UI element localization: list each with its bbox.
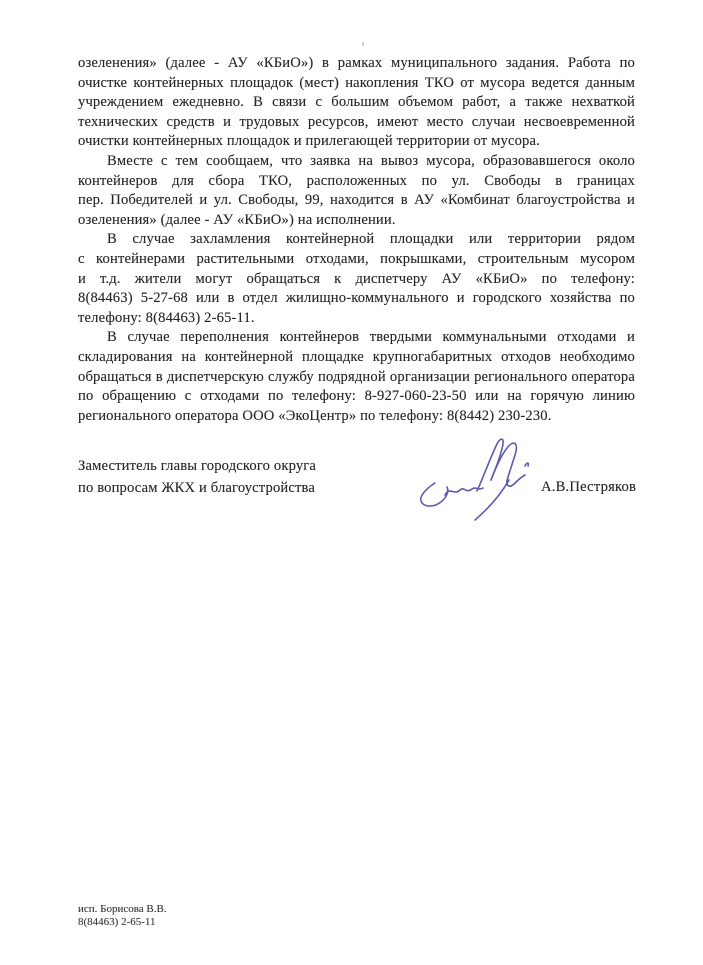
signature-strokes <box>421 439 529 520</box>
executor-footer: исп. Борисова В.В. 8(84463) 2-65-11 <box>78 903 167 928</box>
text-line: технических средств и трудовых ресурсов,… <box>78 113 635 133</box>
scan-artifact <box>362 42 364 46</box>
text-line: В случае переполнения контейнеров тверды… <box>78 328 635 348</box>
text-line: обращаться в диспетчерскую службу подряд… <box>78 368 635 388</box>
text-line: по обращению с отходами по телефону: 8-9… <box>78 387 635 407</box>
text-line: контейнеров для сбора ТКО, расположенных… <box>78 172 635 192</box>
executor-phone: 8(84463) 2-65-11 <box>78 916 167 929</box>
text-line: очистки контейнерных площадок и прилегаю… <box>78 132 635 152</box>
signer-position-line-1: Заместитель главы городского округа <box>78 456 316 478</box>
text-block: озеленения» (далее - АУ «КБиО») в рамках… <box>78 54 635 426</box>
text-line: складирования на контейнерной площадке к… <box>78 348 635 368</box>
text-line: пер. Победителей и ул. Свободы, 99, нахо… <box>78 191 635 211</box>
signer-name: А.В.Пестряков <box>541 479 636 496</box>
text-line: с контейнерами растительными отходами, п… <box>78 250 635 270</box>
text-line: телефону: 8(84463) 2-65-11. <box>78 309 635 329</box>
signature-position-block: Заместитель главы городского округа по в… <box>78 456 316 499</box>
text-line: регионального оператора ООО «ЭкоЦентр» п… <box>78 407 635 427</box>
document-page: озеленения» (далее - АУ «КБиО») в рамках… <box>0 0 703 965</box>
executor-name: исп. Борисова В.В. <box>78 903 167 916</box>
text-line: учреждением ежедневно. В связи с большим… <box>78 93 635 113</box>
signer-position-line-2: по вопросам ЖКХ и благоустройства <box>78 478 316 500</box>
text-line: озеленения» (далее - АУ «КБиО») в рамках… <box>78 54 635 74</box>
text-line: В случае захламления контейнерной площад… <box>78 230 635 250</box>
text-line: и т.д. жители могут обращаться к диспетч… <box>78 270 635 290</box>
text-line: 8(84463) 5-27-68 или в отдел жилищно-ком… <box>78 289 635 309</box>
text-line: озеленения» (далее - АУ «КБиО») на испол… <box>78 211 635 231</box>
text-line: очистке контейнерных площадок (мест) нак… <box>78 74 635 94</box>
text-line: Вместе с тем сообщаем, что заявка на выв… <box>78 152 635 172</box>
handwritten-signature-icon <box>417 436 552 531</box>
